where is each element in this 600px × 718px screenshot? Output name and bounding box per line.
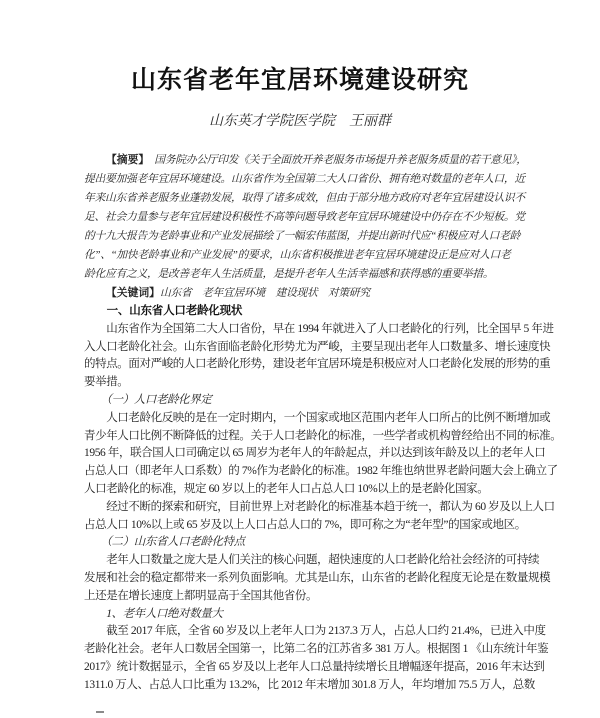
document-page: 山东省老年宜居环境建设研究 山东英才学院医学院 王丽群 【摘要】 国务院办公厅印…	[0, 0, 600, 718]
text-line: 一、山东省人口老龄化现状	[84, 303, 539, 321]
text-line: 1956 年，联合国人口司确定以 65 周岁为老年人的年龄起点，并以达到该年龄及…	[84, 445, 539, 463]
abstract-label: 【摘要】	[106, 154, 144, 166]
text-line: 的十九大报告为老龄事业和产业发展描绘了一幅宏伟蓝图，并提出新时代应“积极应对人口…	[84, 227, 534, 246]
text-line: 2017》统计数据显示，全省 65 岁及以上老年人口总量持续增长且增幅逐年提高，…	[84, 659, 539, 677]
author-affiliation-line: 山东英才学院医学院 王丽群	[0, 110, 600, 130]
text-line: 要举措。	[84, 374, 539, 392]
abstract-block: 【摘要】 国务院办公厅印发《关于全面放开养老服务市场提升养老服务质量的若干意见》…	[84, 151, 534, 303]
abstract-first-line-text: 国务院办公厅印发《关于全面放开养老服务市场提升养老服务质量的若干意见》，	[144, 154, 527, 166]
paper-title: 山东省老年宜居环境建设研究	[0, 60, 600, 96]
text-line: 老年人口数量之庞大是人们关注的核心问题，超快速度的人口老龄化给社会经济的可持续	[84, 552, 539, 570]
text-line: 截至 2017 年底，全省 60 岁及以上老年人口为 2137.3 万人，占总人…	[84, 623, 539, 641]
keywords-line: 【关键词】山东省 老年宜居环境 建设现状 对策研究	[84, 284, 534, 303]
text-line: 入人口老龄化社会。山东省面临老龄化形势尤为严峻，主要呈现出老年人口数量多、增长速…	[84, 339, 539, 357]
keywords-text: 山东省 老年宜居环境 建设现状 对策研究	[160, 287, 370, 299]
text-line: 占总人口（即老年人口系数）的 7%作为老龄化的标准。1982 年维也纳世界老龄问…	[84, 463, 539, 481]
text-line: 足、社会力量参与老年宜居建设积极性不高等问题导致老年宜居环境建设中仍存在不少短板…	[84, 208, 534, 227]
text-line: 1311.0 万人、占总人口比重为 13.2%，比 2012 年末增加 301.…	[84, 677, 539, 695]
text-line: 龄化应有之义，是改善老年人生活质量，是提升老年人生活幸福感和获得感的重要举措。	[84, 265, 534, 284]
text-line: （二）山东省人口老龄化特点	[84, 534, 539, 552]
text-line: 老龄化社会。老年人口数居全国第一，比第二名的江苏省多 381 万人。根据图 1 …	[84, 641, 539, 659]
page-footer-mark	[96, 711, 104, 713]
keywords-label: 【关键词】	[106, 287, 160, 299]
abstract-continuation-lines: 提出要加强老年宜居环境建设。山东省作为全国第二大人口省份、拥有绝对数量的老年人口…	[84, 170, 534, 284]
text-line: 人口老龄化的标准，规定 60 岁以上的老年人口占总人口 10%以上的是老龄化国家…	[84, 481, 539, 499]
text-line: 1、老年人口绝对数量大	[84, 606, 539, 624]
abstract-first-line: 【摘要】 国务院办公厅印发《关于全面放开养老服务市场提升养老服务质量的若干意见》…	[84, 151, 534, 170]
text-line: 发展和社会的稳定都带来一系列负面影响。尤其是山东，山东省的老龄化程度无论是在数量…	[84, 570, 539, 588]
text-line: 人口老龄化反映的是在一定时期内，一个国家或地区范围内老年人口所占的比例不断增加或	[84, 410, 539, 428]
body-text-block: 一、山东省人口老龄化现状 山东省作为全国第二大人口省份，早在 1994 年就进入…	[84, 303, 539, 695]
text-line: 青少年人口比例不断降低的过程。关于人口老龄化的标准，一些学者或机构曾经给出不同的…	[84, 428, 539, 446]
text-line: （一）人口老龄化界定	[84, 392, 539, 410]
text-line: 化”、“加快老龄事业和产业发展”的要求，山东省积极推进老年宜居环境建设正是应对人…	[84, 246, 534, 265]
text-line: 经过不断的探索和研究，目前世界上对老龄化的标准基本趋于统一，都认为 60 岁及以…	[84, 499, 539, 517]
text-line: 的特点。面对严峻的人口老龄化形势，建设老年宜居环境是积极应对人口老龄化发展的形势…	[84, 356, 539, 374]
text-line: 山东省作为全国第二大人口省份，早在 1994 年就进入了人口老龄化的行列，比全国…	[84, 321, 539, 339]
text-line: 提出要加强老年宜居环境建设。山东省作为全国第二大人口省份、拥有绝对数量的老年人口…	[84, 170, 534, 189]
text-line: 占总人口 10%以上或 65 岁及以上人口占总人口的 7%，即可称之为“老年型”…	[84, 517, 539, 535]
text-line: 年来山东省养老服务业蓬勃发展，取得了诸多成效，但由于部分地方政府对老年宜居建设认…	[84, 189, 534, 208]
text-line: 上还是在增长速度上都明显高于全国其他省份。	[84, 588, 539, 606]
